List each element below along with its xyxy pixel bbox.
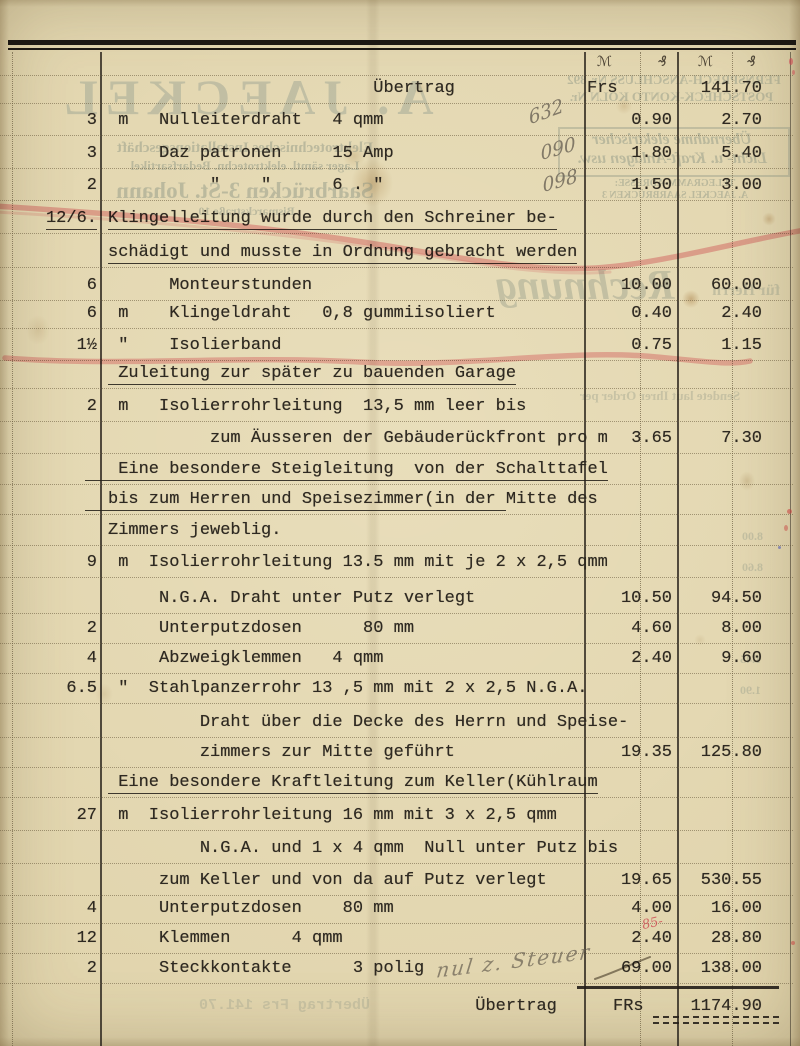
row-rule — [0, 200, 793, 201]
row-description: bis zum Herren und Speisezimmer(in der M… — [108, 488, 598, 512]
row-quantity: 4 — [0, 647, 97, 671]
row-rule — [0, 895, 793, 896]
row-description: schädigt und musste in Ordnung gebracht … — [108, 241, 577, 265]
row-total-price: 3.00 — [678, 174, 762, 198]
grand-total-double-dash-2 — [653, 1022, 779, 1024]
table-row: ÜbertragFrs141.70 — [0, 77, 800, 105]
table-row: zimmers zur Mitte geführt19.35125.80 — [0, 741, 800, 769]
row-total-price: 138.00 — [678, 957, 762, 981]
row-quantity: 2 — [0, 617, 97, 641]
header-rule — [0, 75, 793, 76]
red-speck — [789, 58, 793, 65]
row-description: m Klingeldraht 0,8 gummiisoliert — [108, 302, 496, 326]
row-description: Übertrag — [108, 77, 455, 101]
row-rule — [0, 643, 793, 644]
table-row: 2 Steckkontakte 3 polig69.00138.00 — [0, 957, 800, 985]
row-quantity: 1½ — [0, 334, 97, 358]
top-double-rule-heavy — [8, 40, 796, 45]
row-rule — [0, 514, 793, 515]
table-row: Zuleitung zur später zu bauenden Garage — [0, 362, 800, 390]
red-speck — [784, 525, 788, 531]
row-description: Unterputzdosen 80 mm — [108, 897, 394, 921]
row-rule — [0, 103, 793, 104]
row-unit-price: 0.90 — [574, 109, 672, 133]
row-description: N.G.A. und 1 x 4 qmm Null unter Putz bis — [108, 837, 618, 861]
table-row: 2 " " 6 . "1.503.00 — [0, 174, 800, 202]
row-rule — [0, 830, 793, 831]
table-row: 6 Monteurstunden10.0060.00 — [0, 274, 800, 302]
table-row: 2 Unterputzdosen 80 mm4.608.00 — [0, 617, 800, 645]
row-quantity: 2 — [0, 957, 97, 981]
row-quantity: 12/6. — [0, 207, 97, 231]
row-rule — [0, 484, 793, 485]
row-description: Draht über die Decke des Herrn und Speis… — [108, 711, 628, 735]
row-description: " Isolierband — [108, 334, 281, 358]
row-rule — [0, 673, 793, 674]
row-total-price: 7.30 — [678, 427, 762, 451]
row-quantity: 2 — [0, 395, 97, 419]
row-total-price: 5.40 — [678, 142, 762, 166]
row-rule — [0, 613, 793, 614]
row-description: zum Äusseren der Gebäuderückfront pro m — [108, 427, 608, 451]
row-description: Monteurstunden — [108, 274, 312, 298]
row-rule — [0, 983, 793, 984]
red-speck — [792, 70, 795, 75]
table-row: 6 m Klingeldraht 0,8 gummiisoliert0.402.… — [0, 302, 800, 330]
row-quantity: 2 — [0, 174, 97, 198]
pfennig-column-header: ₰ — [747, 54, 756, 70]
row-rule — [0, 300, 793, 301]
row-description: N.G.A. Draht unter Putz verlegt — [108, 587, 475, 611]
row-unit-price: 4.60 — [574, 617, 672, 641]
row-total-price: 1.15 — [678, 334, 762, 358]
table-row: 3 Daz patronen 15 Amp1.805.40 — [0, 142, 800, 170]
table-row: 12 Klemmen 4 qmm2.4028.80 — [0, 927, 800, 955]
row-rule — [0, 863, 793, 864]
row-total-price: 141.70 — [678, 77, 762, 101]
row-rule — [0, 453, 793, 454]
row-rule — [0, 737, 793, 738]
document-page: A. JAECKEL Elektrotechnisches Installati… — [0, 0, 800, 1046]
table-row: 2 m Isolierrohrleitung 13,5 mm leer bis — [0, 395, 800, 423]
row-description: zum Keller und von da auf Putz verlegt — [108, 869, 547, 893]
row-total-price: 16.00 — [678, 897, 762, 921]
row-total-price: 60.00 — [678, 274, 762, 298]
row-description: m Isolierrohrleitung 16 mm mit 3 x 2,5 q… — [108, 804, 557, 828]
row-total-price: 8.00 — [678, 617, 762, 641]
row-quantity: 4 — [0, 897, 97, 921]
table-row: N.G.A. Draht unter Putz verlegt10.5094.5… — [0, 587, 800, 615]
row-description: Steckkontakte 3 polig — [108, 957, 424, 981]
row-unit-price: 0.40 — [574, 302, 672, 326]
row-description: Zuleitung zur später zu bauenden Garage — [108, 362, 516, 386]
row-rule — [0, 703, 793, 704]
table-row: 6.5 " Stahlpanzerrohr 13 ,5 mm mit 2 x 2… — [0, 677, 800, 705]
table-row: 27 m Isolierrohrleitung 16 mm mit 3 x 2,… — [0, 804, 800, 832]
row-quantity: 6 — [0, 302, 97, 326]
row-quantity: 6 — [0, 274, 97, 298]
row-description: " Stahlpanzerrohr 13 ,5 mm mit 2 x 2,5 N… — [108, 677, 587, 701]
table-row: 9 m Isolierrohrleitung 13.5 mm mit je 2 … — [0, 551, 800, 579]
row-description: m Isolierrohrleitung 13,5 mm leer bis — [108, 395, 526, 419]
table-row: N.G.A. und 1 x 4 qmm Null unter Putz bis — [0, 837, 800, 865]
row-total-price: 94.50 — [678, 587, 762, 611]
row-rule — [0, 233, 793, 234]
row-unit-price: 1.50 — [574, 174, 672, 198]
grand-total-double-dash-1 — [653, 1016, 779, 1018]
row-description: Eine besondere Steigleitung von der Scha… — [108, 458, 608, 482]
row-unit-price: 3.65 — [574, 427, 672, 451]
row-rule — [0, 135, 793, 136]
row-quantity: 27 — [0, 804, 97, 828]
row-total-price: 28.80 — [678, 927, 762, 951]
table-row: zum Keller und von da auf Putz verlegt19… — [0, 869, 800, 897]
row-rule — [0, 388, 793, 389]
row-rule — [0, 360, 793, 361]
row-quantity: 12 — [0, 927, 97, 951]
row-rule — [0, 421, 793, 422]
row-description: Daz patronen 15 Amp — [108, 142, 394, 166]
top-double-rule-light — [8, 48, 796, 51]
row-description: m Nulleiterdraht 4 qmm — [108, 109, 383, 133]
row-description: m Isolierrohrleitung 13.5 mm mit je 2 x … — [108, 551, 608, 575]
row-description: Abzweigklemmen 4 qmm — [108, 647, 383, 671]
row-rule — [0, 923, 793, 924]
red-speck — [791, 941, 795, 945]
mark-column-header: ℳ — [597, 54, 612, 70]
table-row: Eine besondere Steigleitung von der Scha… — [0, 458, 800, 486]
row-total-price: 2.70 — [678, 109, 762, 133]
row-currency: Frs — [587, 77, 618, 101]
row-description: Unterputzdosen 80 mm — [108, 617, 414, 641]
row-unit-price: 2.40 — [574, 647, 672, 671]
row-rule — [0, 577, 793, 578]
table-row: schädigt und musste in Ordnung gebracht … — [0, 241, 800, 269]
row-unit-price: 19.35 — [574, 741, 672, 765]
pfennig-column-header: ₰ — [658, 54, 667, 70]
table-row: 12/6.Klingelleitung wurde durch den Schr… — [0, 207, 800, 235]
row-rule — [0, 797, 793, 798]
row-rule — [0, 545, 793, 546]
row-description: Klemmen 4 qmm — [108, 927, 343, 951]
row-rule — [0, 168, 793, 169]
table-row: 4 Abzweigklemmen 4 qmm2.409.60 — [0, 647, 800, 675]
row-total-price: 9.60 — [678, 647, 762, 671]
row-description: Eine besondere Kraftleitung zum Keller(K… — [108, 771, 598, 795]
row-unit-price: 10.00 — [574, 274, 672, 298]
table-row: bis zum Herren und Speisezimmer(in der M… — [0, 488, 800, 516]
row-description: Übertrag — [108, 995, 557, 1019]
row-rule — [0, 953, 793, 954]
row-total-price: 125.80 — [678, 741, 762, 765]
row-quantity: 9 — [0, 551, 97, 575]
row-description: Klingelleitung wurde durch den Schreiner… — [108, 207, 557, 231]
red-speck — [787, 509, 792, 514]
row-description: zimmers zur Mitte geführt — [108, 741, 455, 765]
row-rule — [0, 767, 793, 768]
blue-speck — [778, 546, 781, 549]
mark-column-header: ℳ — [698, 54, 713, 70]
table-row: ÜbertragFRs1174.90 — [0, 995, 800, 1023]
row-rule — [0, 267, 793, 268]
row-total-price: 2.40 — [678, 302, 762, 326]
row-unit-price: 10.50 — [574, 587, 672, 611]
table-row: Eine besondere Kraftleitung zum Keller(K… — [0, 771, 800, 799]
table-row: 4 Unterputzdosen 80 mm4.0016.00 — [0, 897, 800, 925]
row-rule — [0, 328, 793, 329]
total-rule — [577, 986, 779, 989]
row-total-price: 530.55 — [678, 869, 762, 893]
table-row: Draht über die Decke des Herrn und Speis… — [0, 711, 800, 739]
table-row: Zimmers jeweblig. — [0, 519, 800, 547]
row-unit-price: 0.75 — [574, 334, 672, 358]
row-quantity: 3 — [0, 142, 97, 166]
table-row: zum Äusseren der Gebäuderückfront pro m3… — [0, 427, 800, 455]
row-currency: FRs — [613, 995, 644, 1019]
row-description: Zimmers jeweblig. — [108, 519, 281, 543]
row-unit-price: 1.80 — [574, 142, 672, 166]
row-description: " " 6 . " — [108, 174, 383, 198]
table-row: 3 m Nulleiterdraht 4 qmm0.902.70 — [0, 109, 800, 137]
row-unit-price: 19.65 — [574, 869, 672, 893]
row-quantity: 3 — [0, 109, 97, 133]
table-row: 1½ " Isolierband0.751.15 — [0, 334, 800, 362]
row-quantity: 6.5 — [0, 677, 97, 701]
